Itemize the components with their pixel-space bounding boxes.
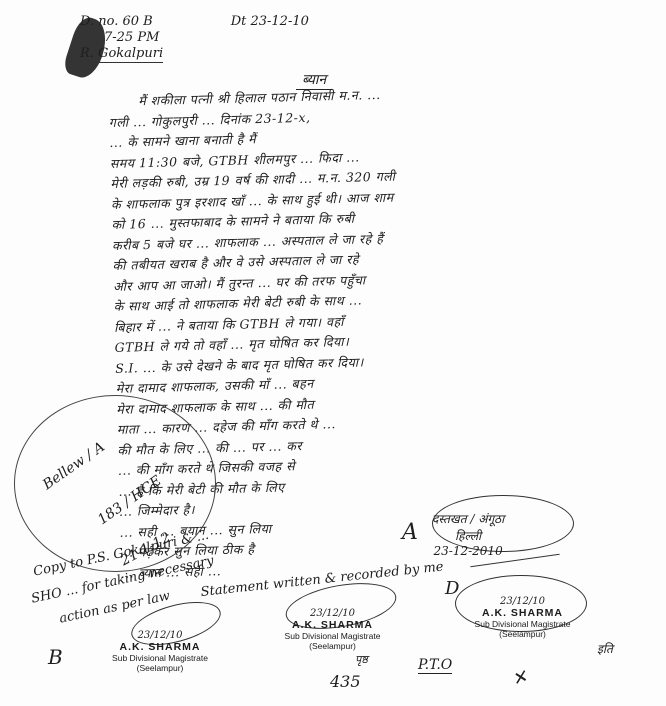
- stamp-2-signature-date: 23/12/10: [265, 608, 400, 619]
- pto-note: P.T.O: [418, 657, 452, 674]
- declaration-label: दस्तखत / अंगूठा: [432, 510, 504, 527]
- stamp-3-name: A.K. SHARMA: [455, 607, 590, 619]
- initial-mark: B: [48, 645, 63, 669]
- cross-mark: ✕: [509, 666, 530, 691]
- side-mark: इति: [597, 640, 613, 657]
- dd-number: D. no. 60 B: [80, 14, 153, 30]
- stamp-1-signature-date: 23/12/10: [95, 630, 225, 641]
- header-recipient: R. Gokalpuri: [80, 46, 163, 63]
- header-time: 7-25 PM: [104, 30, 309, 46]
- stamp-3-place: (Seelampur): [455, 629, 590, 639]
- page-number: 435: [330, 672, 361, 691]
- stamp-1-designation: Sub Divisional Magistrate: [95, 653, 225, 663]
- declaration-initial: A: [402, 520, 418, 545]
- sdm-stamp-1: 23/12/10 A.K. SHARMA Sub Divisional Magi…: [95, 630, 225, 673]
- stamp-3-signature-date: 23/12/10: [455, 596, 590, 607]
- scanned-document-page: D. no. 60 B Dt 23-12-10 7-25 PM R. Gokal…: [0, 0, 666, 706]
- header-date: Dt 23-12-10: [231, 14, 309, 30]
- page-mark: पृष्ठ: [355, 652, 368, 667]
- stamp-1-place: (Seelampur): [95, 663, 225, 673]
- stamp-2-designation: Sub Divisional Magistrate: [265, 631, 400, 641]
- declaration: दस्तखत / अंगूठा हिल्ली 23-12-2010: [432, 510, 504, 558]
- document-header: D. no. 60 B Dt 23-12-10 7-25 PM R. Gokal…: [80, 14, 309, 63]
- declaration-name: हिल्ली: [432, 527, 504, 544]
- sdm-stamp-2: 23/12/10 A.K. SHARMA Sub Divisional Magi…: [265, 608, 400, 651]
- sdm-stamp-3: 23/12/10 A.K. SHARMA Sub Divisional Magi…: [455, 596, 590, 639]
- stamp-3-designation: Sub Divisional Magistrate: [455, 619, 590, 629]
- stamp-1-name: A.K. SHARMA: [95, 641, 225, 653]
- stamp-2-place: (Seelampur): [265, 641, 400, 651]
- stamp-2-name: A.K. SHARMA: [265, 619, 400, 631]
- declaration-date: 23-12-2010: [432, 544, 504, 558]
